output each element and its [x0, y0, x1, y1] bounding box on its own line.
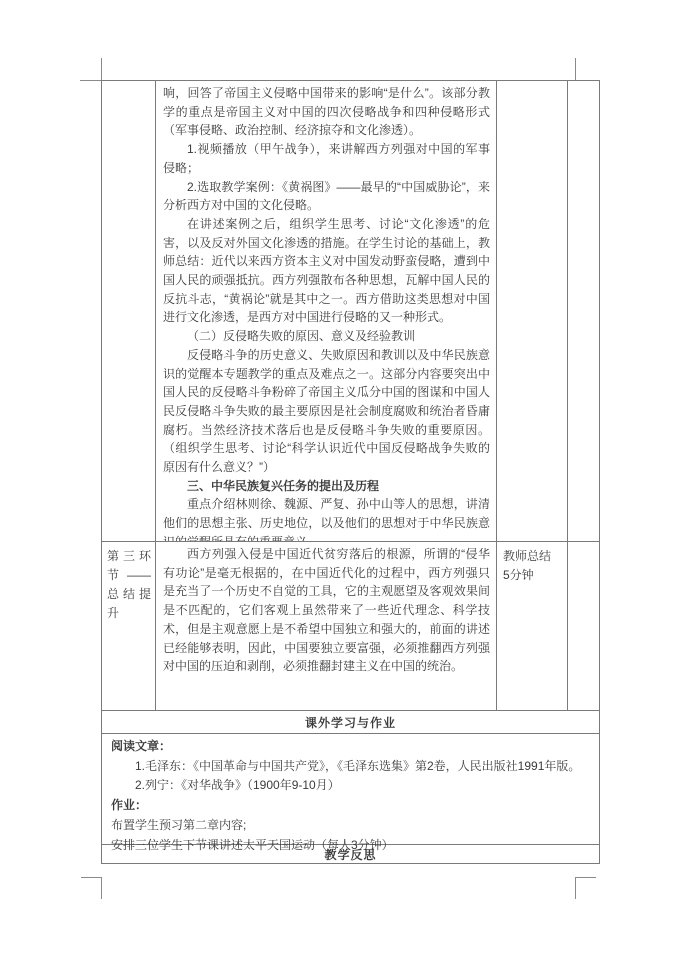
- crop-mark-top-left-vertical: [101, 58, 102, 80]
- crop-mark-bottom-right-horizontal: [575, 877, 596, 878]
- paragraph: 西方列强入侵是中国近代贫穷落后的根源，所谓的“侵华有功论”是毫无根据的，在中国近…: [163, 545, 490, 676]
- paragraph: 反侵略斗争的历史意义、失败原因和教训以及中华民族意识的觉醒本专题教学的重点及难点…: [163, 346, 490, 477]
- method-cell: 教师总结 5分钟: [496, 542, 567, 710]
- crop-mark-bottom-left-vertical: [101, 877, 102, 899]
- content-cell: 响，回答了帝国主义侵略中国带来的影响“是什么”。该部分教学的重点是帝国主义对中国…: [155, 81, 496, 541]
- paragraph: 在讲述案例之后，组织学生思考、讨论“文化渗透”的危害，以及反对外国文化渗透的措施…: [163, 215, 490, 327]
- homework-header-title: 课外学习与作业: [305, 714, 396, 731]
- reading-label: 阅读文章：: [111, 737, 591, 757]
- stage-cell: [102, 81, 155, 541]
- crop-mark-top-right-vertical: [575, 58, 576, 80]
- paragraph: （二）反侵略失败的原因、意义及经验教训: [163, 327, 490, 346]
- reflection-header-title: 教学反思: [324, 846, 376, 863]
- spare-cell: [567, 81, 599, 541]
- assignment-label: 作业：: [111, 796, 591, 816]
- method-note: 教师总结: [503, 547, 562, 566]
- reading-item: 2.列宁：《对华战争》（1900年9-10月）: [111, 776, 591, 796]
- reading-item: 1.毛泽东：《中国革命与中国共产党》，《毛泽东选集》第2卷，人民出版社1991年…: [111, 757, 591, 777]
- homework-cell: 阅读文章： 1.毛泽东：《中国革命与中国共产党》，《毛泽东选集》第2卷，人民出版…: [102, 734, 599, 844]
- assignment-item: 布置学生预习第二章内容;: [111, 816, 591, 836]
- content-cell: 西方列强入侵是中国近代贫穷落后的根源，所谓的“侵华有功论”是毫无根据的，在中国近…: [155, 542, 496, 710]
- procedure-row-stage3: 第三环节——总结提升 西方列强入侵是中国近代贫穷落后的根源，所谓的“侵华有功论”…: [102, 541, 599, 710]
- homework-content-row: 阅读文章： 1.毛泽东：《中国革命与中国共产党》，《毛泽东选集》第2卷，人民出版…: [102, 733, 599, 844]
- document-page: 响，回答了帝国主义侵略中国带来的影响“是什么”。该部分教学的重点是帝国主义对中国…: [0, 0, 678, 960]
- paragraph: 2.选取教学案例：《黄祸图》——最早的“中国威胁论”，来分析西方对中国的文化侵略…: [163, 178, 490, 215]
- paragraph: 响，回答了帝国主义侵略中国带来的影响“是什么”。该部分教学的重点是帝国主义对中国…: [163, 84, 490, 140]
- homework-header-row: 课外学习与作业: [102, 710, 599, 733]
- crop-mark-top-left-horizontal: [80, 80, 101, 81]
- paragraph: 重点介绍林则徐、魏源、严复、孙中山等人的思想，讲清他们的思想主张、历史地位，以及…: [163, 495, 490, 541]
- spare-cell: [567, 542, 599, 710]
- crop-mark-bottom-right-vertical: [575, 877, 576, 899]
- duration-note: 5分钟: [503, 566, 562, 585]
- paragraph: 1.视频播放（甲午战争），来讲解西方列强对中国的军事侵略；: [163, 140, 490, 177]
- method-cell: [496, 81, 567, 541]
- section-heading: 三、中华民族复兴任务的提出及历程: [163, 477, 490, 496]
- lesson-plan-table: 响，回答了帝国主义侵略中国带来的影响“是什么”。该部分教学的重点是帝国主义对中国…: [101, 80, 600, 864]
- crop-mark-bottom-left-horizontal: [81, 877, 101, 878]
- procedure-row-continued: 响，回答了帝国主义侵略中国带来的影响“是什么”。该部分教学的重点是帝国主义对中国…: [102, 81, 599, 541]
- stage-cell: 第三环节——总结提升: [102, 542, 155, 710]
